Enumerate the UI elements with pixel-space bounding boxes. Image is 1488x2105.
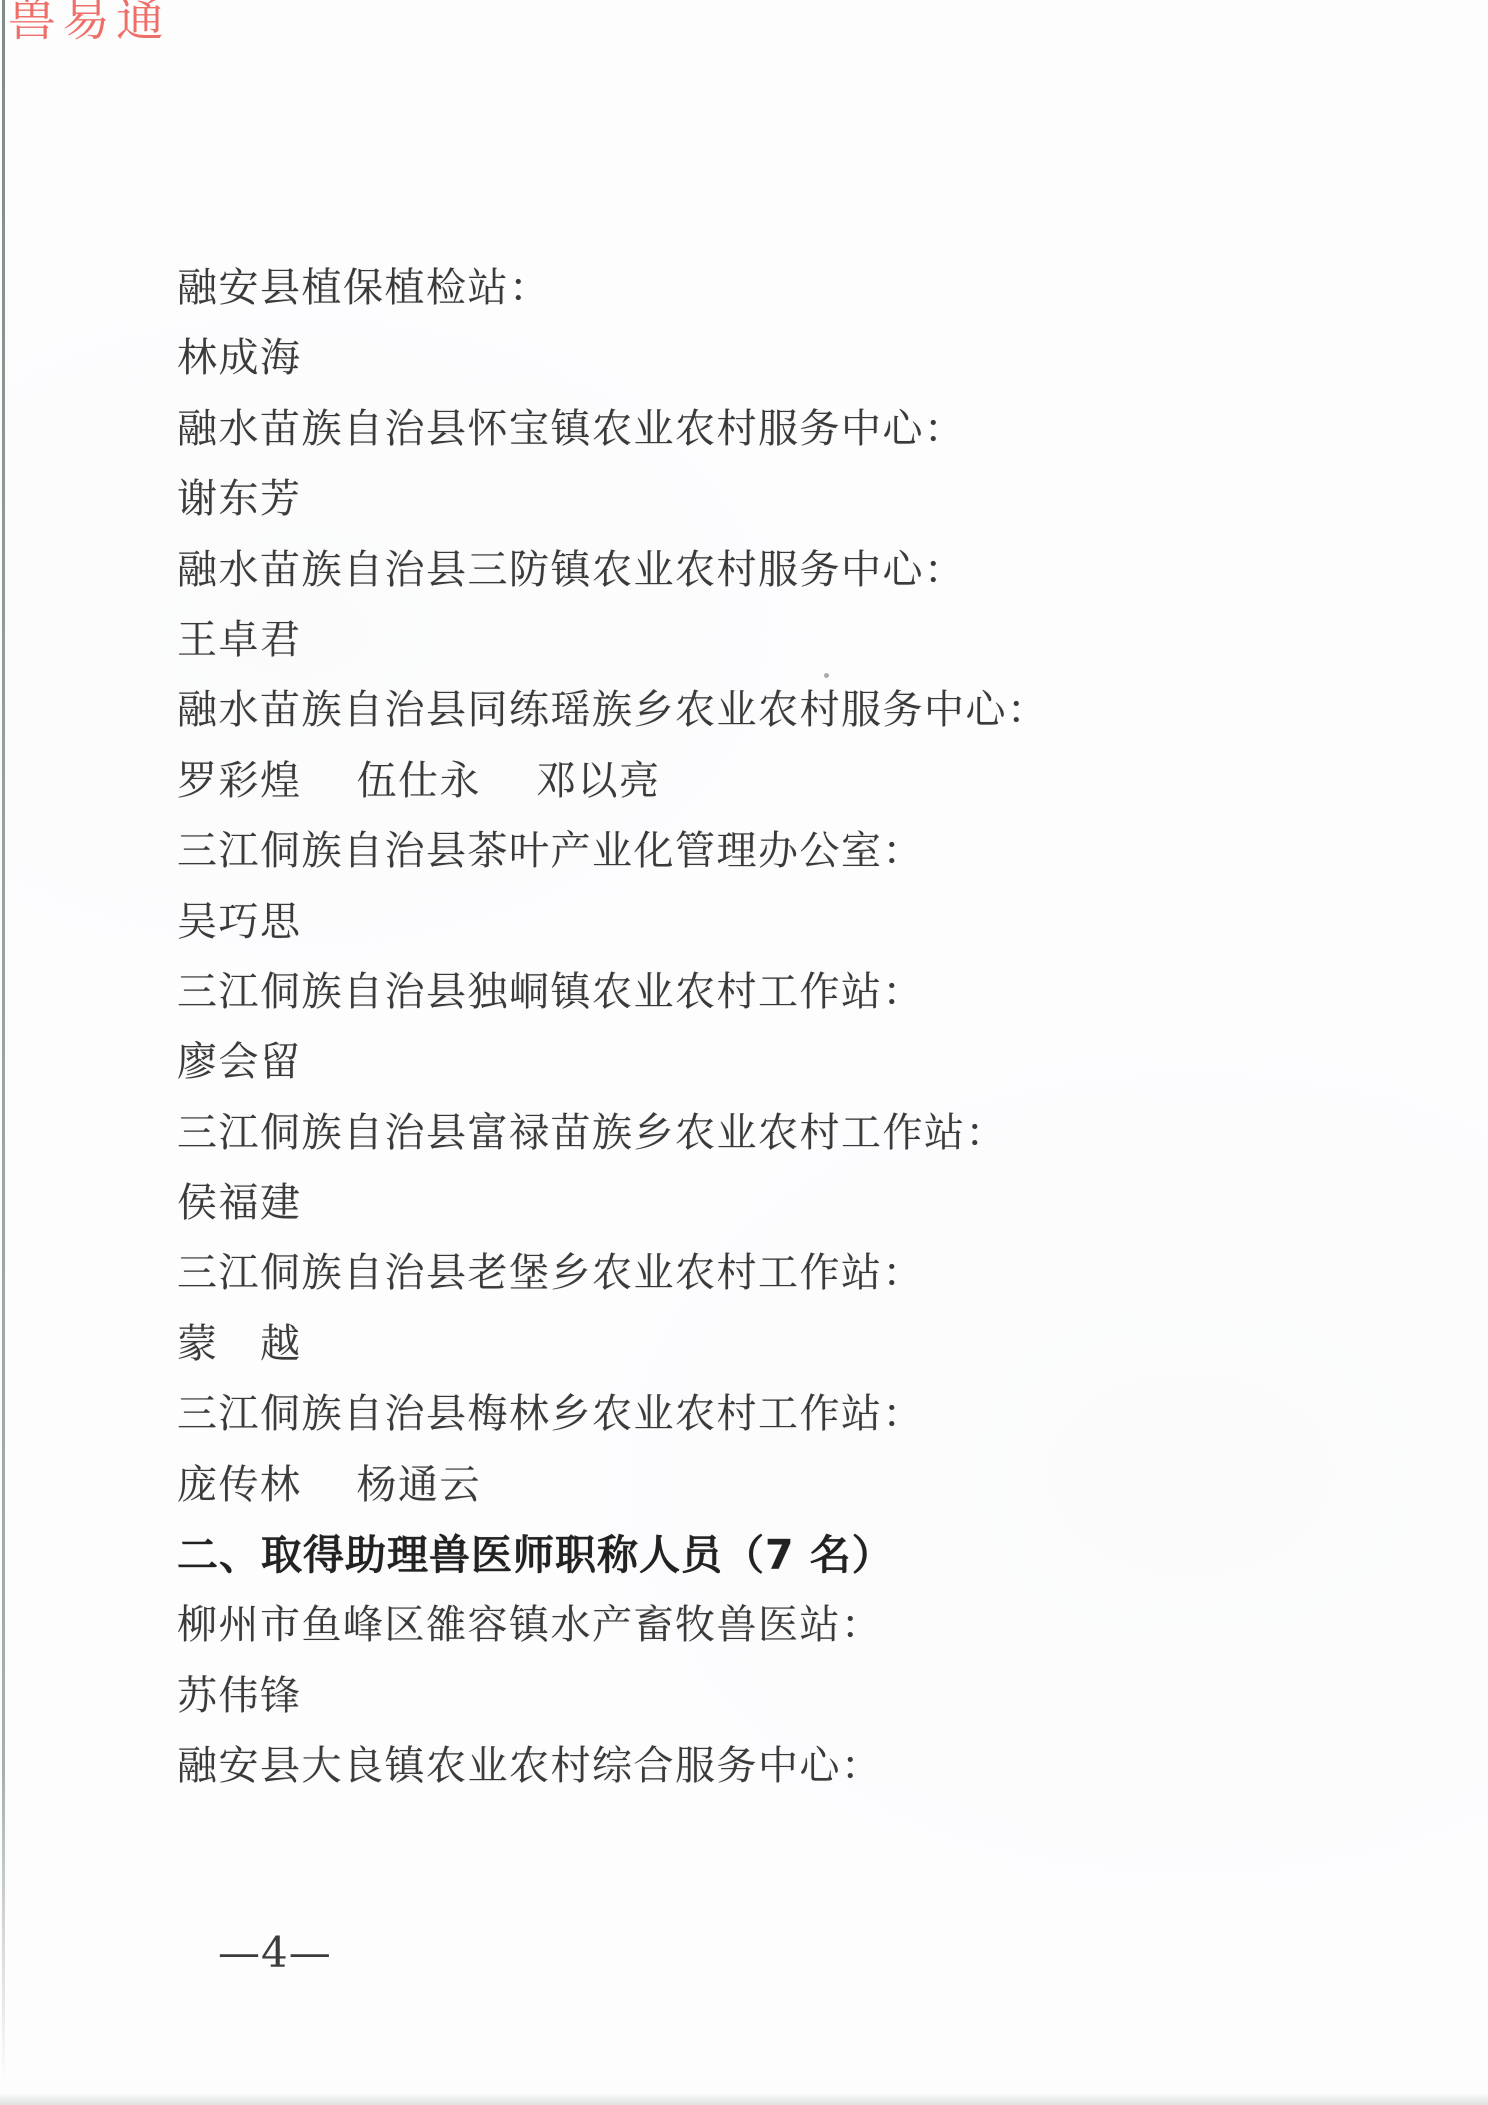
organization-line: 三江侗族自治县梅林乡农业农村工作站：	[177, 1379, 1357, 1449]
names-line: 庞传林杨通云	[177, 1450, 1357, 1520]
person-name: 蒙 越	[177, 1309, 302, 1379]
person-name: 侯福建	[177, 1168, 302, 1238]
names-line: 林成海	[177, 323, 1357, 393]
person-name: 林成海	[177, 323, 302, 393]
names-line: 谢东芳	[177, 464, 1357, 534]
page-number: —4—	[218, 1928, 332, 1978]
section-heading: 二、取得助理兽医师职称人员（7 名）	[177, 1520, 1357, 1590]
page-bottom-edge-shadow	[0, 2093, 1488, 2105]
person-name: 庞传林	[177, 1450, 302, 1520]
person-name: 邓以亮	[536, 746, 661, 816]
organization-line: 融安县大良镇农业农村综合服务中心：	[177, 1731, 1357, 1801]
scan-speck	[824, 673, 829, 678]
names-line: 蒙 越	[177, 1309, 1357, 1379]
organization-line: 三江侗族自治县老堡乡农业农村工作站：	[177, 1238, 1357, 1308]
organization-line: 融水苗族自治县怀宝镇农业农村服务中心：	[177, 394, 1357, 464]
person-name: 杨通云	[357, 1450, 482, 1520]
organization-line: 三江侗族自治县富禄苗族乡农业农村工作站：	[177, 1098, 1357, 1168]
names-line: 侯福建	[177, 1168, 1357, 1238]
person-name: 罗彩煌	[177, 746, 302, 816]
names-line: 吴巧思	[177, 887, 1357, 957]
organization-line: 柳州市鱼峰区雒容镇水产畜牧兽医站：	[177, 1590, 1357, 1660]
organization-line: 三江侗族自治县茶叶产业化管理办公室：	[177, 816, 1357, 886]
organization-line: 三江侗族自治县独峒镇农业农村工作站：	[177, 957, 1357, 1027]
names-line: 王卓君	[177, 605, 1357, 675]
person-name: 王卓君	[177, 605, 302, 675]
document-body: 融安县植保植检站：林成海融水苗族自治县怀宝镇农业农村服务中心：谢东芳融水苗族自治…	[177, 253, 1357, 1802]
names-line: 苏伟锋	[177, 1661, 1357, 1731]
organization-line: 融水苗族自治县同练瑶族乡农业农村服务中心：	[177, 675, 1357, 745]
person-name: 吴巧思	[177, 887, 302, 957]
person-name: 伍仕永	[357, 746, 482, 816]
person-name: 廖会留	[177, 1027, 302, 1097]
names-line: 罗彩煌伍仕永邓以亮	[177, 746, 1357, 816]
organization-line: 融安县植保植检站：	[177, 253, 1357, 323]
person-name: 苏伟锋	[177, 1661, 302, 1731]
organization-line: 融水苗族自治县三防镇农业农村服务中心：	[177, 535, 1357, 605]
scanned-document-page: 兽易通 融安县植保植检站：林成海融水苗族自治县怀宝镇农业农村服务中心：谢东芳融水…	[0, 0, 1488, 2105]
page-left-edge-line	[2, 0, 5, 2082]
names-line: 廖会留	[177, 1027, 1357, 1097]
watermark-logo: 兽易通	[8, 0, 170, 46]
person-name: 谢东芳	[177, 464, 302, 534]
